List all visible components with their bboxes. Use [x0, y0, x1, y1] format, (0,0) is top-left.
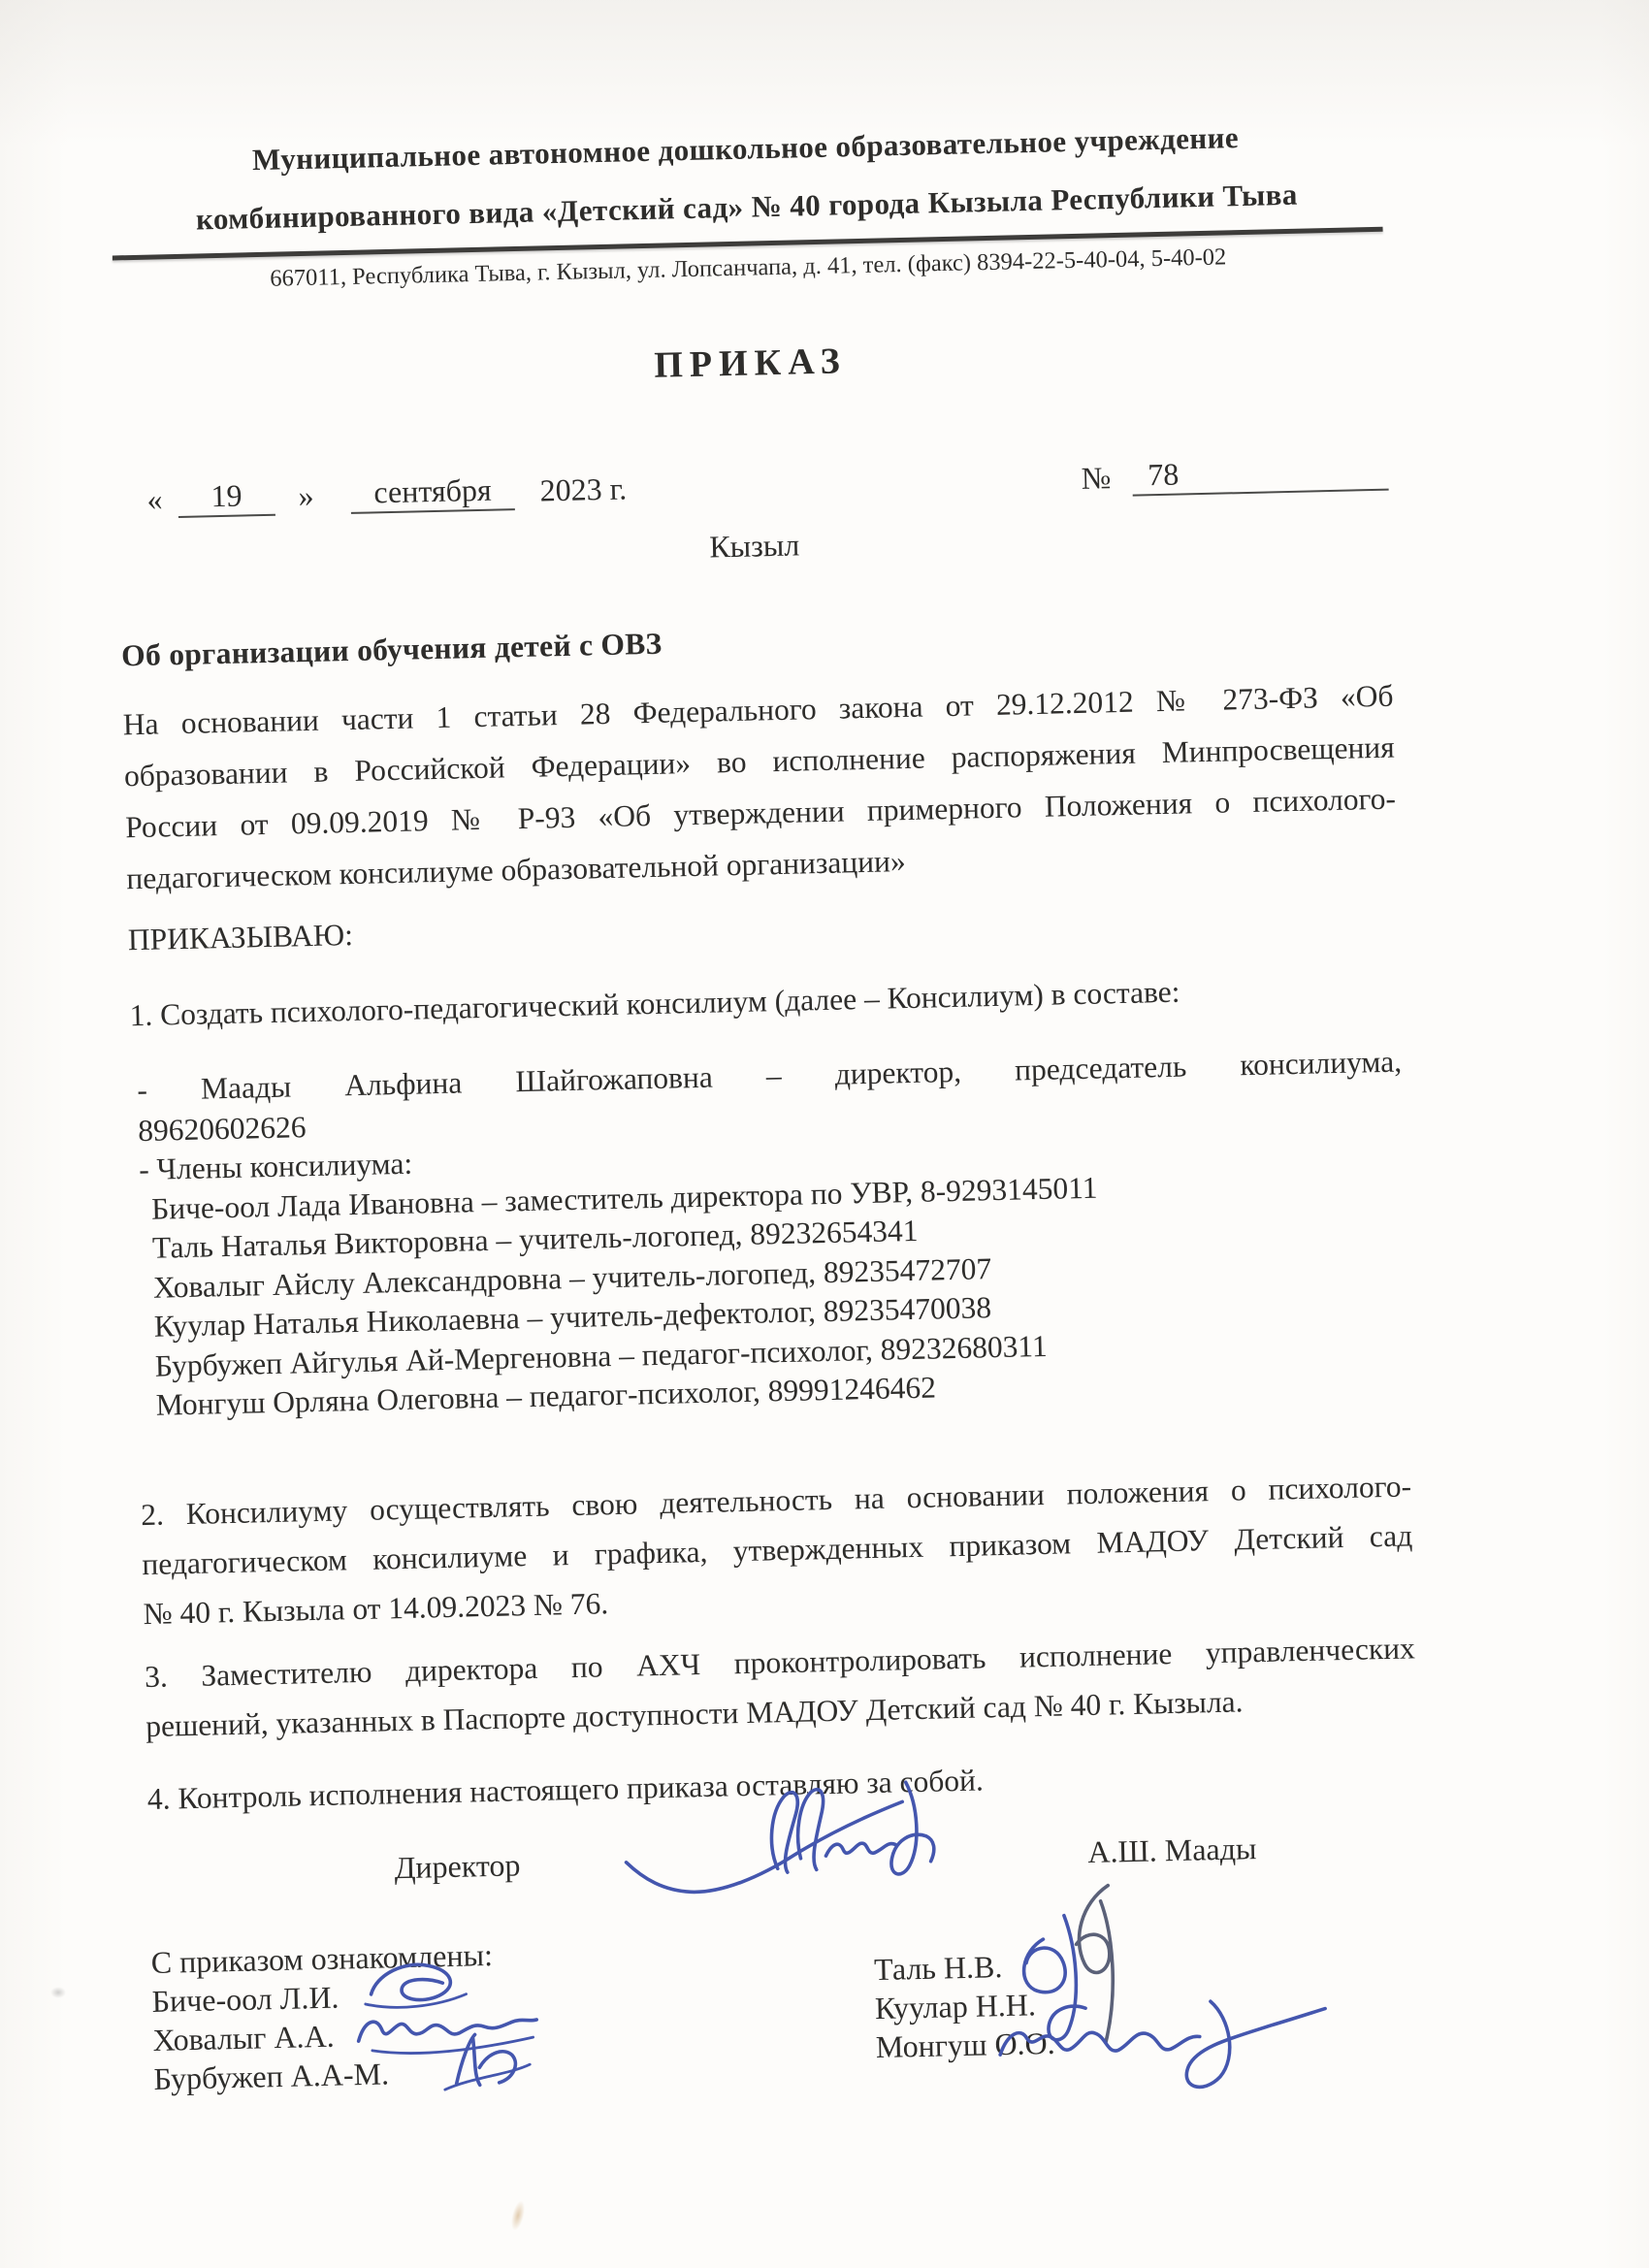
date-close-quote: » — [298, 476, 314, 515]
order-number-label: № — [1081, 458, 1111, 498]
ack-person-name: Монгуш О.О. — [876, 2025, 1056, 2063]
org-address: 667011, Республика Тыва, г. Кызыл, ул. Л… — [113, 239, 1383, 299]
ack-person-name: Таль Н.В. — [874, 1949, 1003, 1987]
ack-person-name: Ховалыг А.А. — [152, 2018, 335, 2057]
document-content: Муниципальное автономное дошкольное обра… — [0, 0, 1649, 2101]
director-signature-row: Директор А.Ш. Маады — [148, 1823, 1420, 1895]
ack-person-name: Бурбужеп А.А-М. — [153, 2056, 389, 2095]
order-number-value: 78 — [1132, 450, 1389, 497]
date-open-quote: « — [146, 479, 163, 518]
order-number-block: № 78 — [1081, 450, 1388, 498]
order-item-4: 4. Контроль исполнения настоящего приказ… — [146, 1749, 1418, 1821]
date-and-number-row: « 19 » сентября 2023 г. № 78 — [117, 450, 1389, 520]
date-day: 19 — [178, 475, 275, 518]
date-year: 2023 г. — [539, 469, 627, 509]
city-name: Кызыл — [119, 514, 1391, 579]
consilium-members-block: - Маады Альфина Шайгожаповна – директор,… — [131, 1043, 1409, 1426]
ack-person-row: Монгуш О.О. — [875, 2023, 1055, 2065]
scan-smudge — [508, 2199, 527, 2232]
order-item-3: 3. Заместителю директора по АХЧ проконтр… — [144, 1623, 1416, 1751]
subject-line: Об организации обучения детей с ОВЗ — [121, 610, 1392, 674]
date-month: сентября — [350, 470, 515, 514]
acknowledgement-right-column: Таль Н.В. Куулар Н.Н. Монгуш О.О. — [873, 1922, 1055, 2081]
document-title: ПРИКАЗ — [114, 328, 1386, 400]
ack-person-name: Куулар Н.Н. — [875, 1987, 1037, 2025]
ack-person-row: Таль Н.В. — [874, 1945, 1054, 1988]
acknowledgement-left-column: С приказом ознакомлены: Биче-оол Л.И. Хо… — [150, 1927, 876, 2098]
director-name: А.Ш. Маады — [1087, 1827, 1257, 1873]
order-item-1: 1. Создать психолого-педагогический конс… — [129, 967, 1401, 1037]
ack-person-row: Куулар Н.Н. — [875, 1984, 1055, 2026]
director-label: Директор — [394, 1843, 521, 1889]
ack-person-name: Биче-оол Л.И. — [151, 1979, 339, 2018]
resolution-word: ПРИКАЗЫВАЮ: — [127, 891, 1399, 961]
order-item-2: 2. Консилиуму осуществлять свою деятельн… — [141, 1461, 1414, 1638]
scanned-order-page: Муниципальное автономное дошкольное обра… — [0, 0, 1649, 2268]
preamble-paragraph: На основании части 1 статьи 28 Федеральн… — [122, 670, 1397, 905]
acknowledgement-block: С приказом ознакомлены: Биче-оол Л.И. Хо… — [150, 1914, 1424, 2098]
